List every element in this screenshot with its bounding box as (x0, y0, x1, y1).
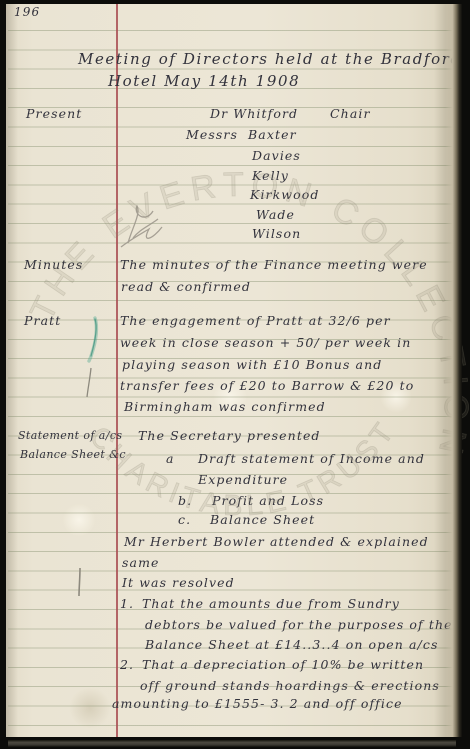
book-page-edges (8, 740, 456, 747)
green-crayon-mark (89, 318, 96, 361)
pencil-scribble (121, 206, 162, 247)
pencil-tick (79, 368, 91, 596)
minute-book-scan: 196 Meeting of Directors held at the Bra… (0, 0, 470, 749)
annotation-marks (0, 0, 470, 749)
page-right-edge (434, 4, 462, 737)
